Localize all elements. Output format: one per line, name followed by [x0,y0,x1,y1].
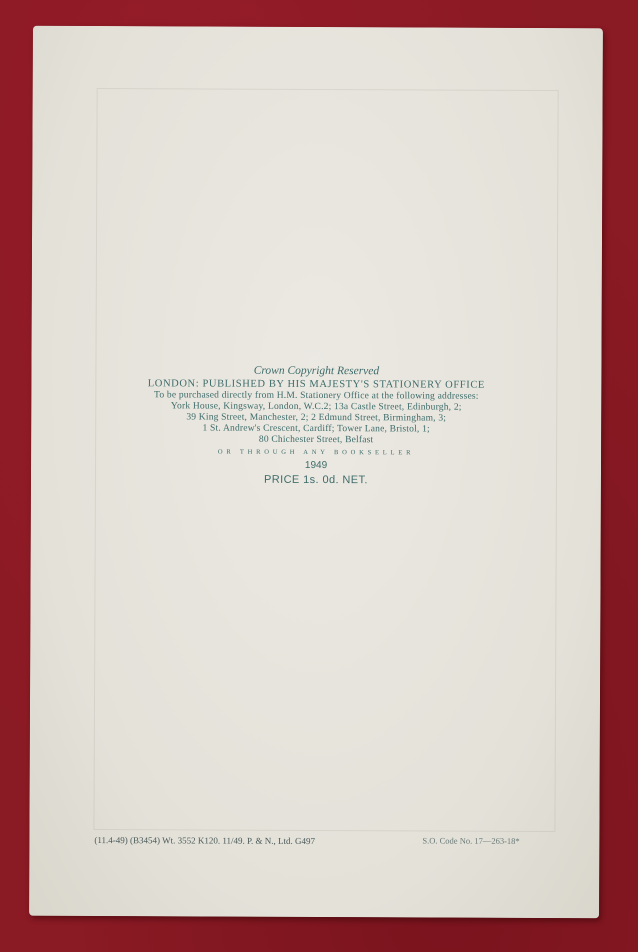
price-label: PRICE 1s. 0d. NET. [31,471,601,490]
pamphlet-page: Crown Copyright Reserved LONDON: PUBLISH… [29,26,603,918]
publisher-imprint: Crown Copyright Reserved LONDON: PUBLISH… [31,363,602,490]
printer-code: (11.4-49) (B3454) Wt. 3552 K120. 11/49. … [94,835,315,846]
copyright-notice: Crown Copyright Reserved [31,363,601,379]
so-code: S.O. Code No. 17—263-18* [422,835,519,845]
